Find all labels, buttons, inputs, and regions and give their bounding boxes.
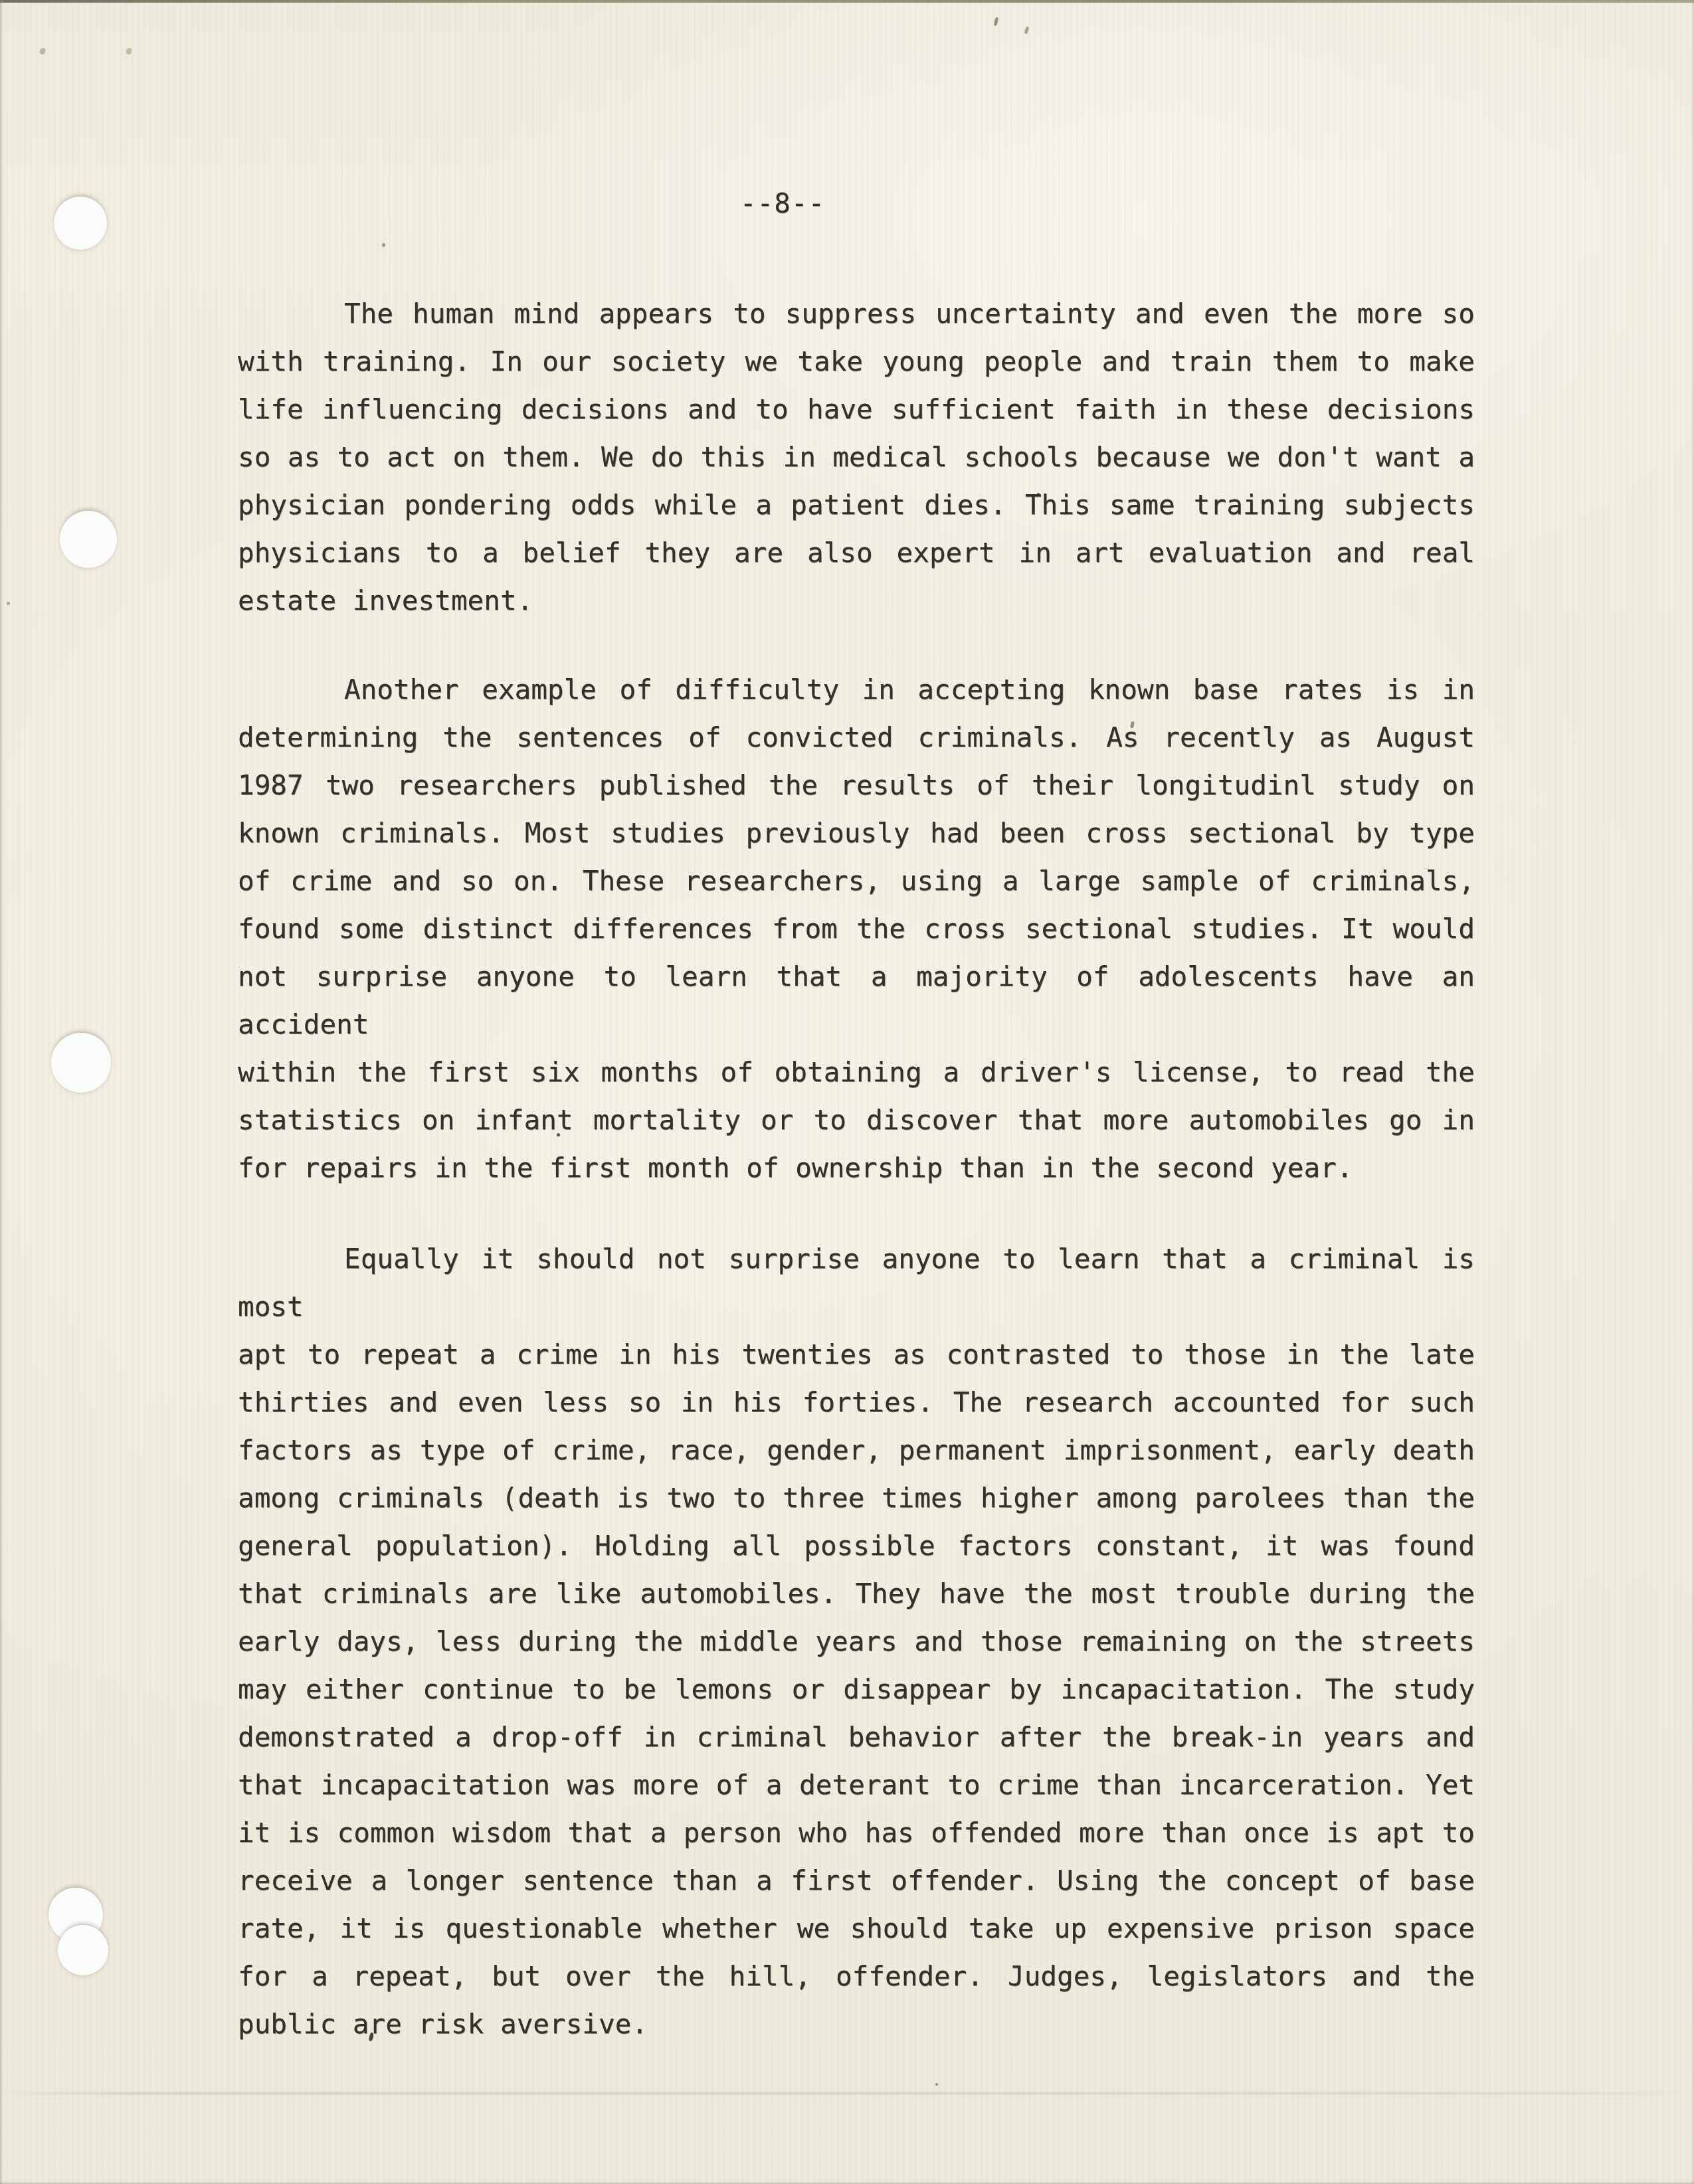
typed-line: determining the sentences of convicted c… (238, 713, 1475, 761)
scanned-page: --8-- The human mind appears to suppress… (0, 0, 1694, 2184)
typed-line: thirties and even less so in his forties… (238, 1378, 1475, 1426)
dust-speck (382, 243, 385, 247)
paragraph-3: Equally it should not surprise anyone to… (238, 1235, 1475, 2048)
typed-line: demonstrated a drop-off in criminal beha… (238, 1713, 1475, 1761)
typed-line: The human mind appears to suppress uncer… (238, 290, 1475, 337)
typed-line: apt to repeat a crime in his twenties as… (238, 1330, 1475, 1378)
page-number: --8-- (238, 187, 1327, 219)
typed-line: Another example of difficulty in accepti… (238, 666, 1475, 713)
scan-top-edge (0, 0, 1694, 3)
typed-line: rate, it is questionable whether we shou… (238, 1904, 1475, 1952)
typed-line: for repairs in the first month of owners… (238, 1144, 1475, 1192)
typed-line: found some distinct differences from the… (238, 905, 1475, 953)
punch-hole-2 (60, 511, 117, 568)
typed-line: of crime and so on. These researchers, u… (238, 857, 1475, 905)
scan-left-edge (0, 0, 4, 2184)
typed-line: among criminals (death is two to three t… (238, 1474, 1475, 1522)
punch-hole-4b (58, 1925, 108, 1975)
dust-speck (1024, 26, 1029, 34)
scan-bottom-edge (0, 2181, 1694, 2184)
typed-line: physicians to a belief they are also exp… (238, 529, 1475, 577)
dust-speck (935, 2083, 938, 2086)
typed-line: 1987 two researchers published the resul… (238, 761, 1475, 809)
typed-line: that criminals are like automobiles. The… (238, 1570, 1475, 1617)
typed-line: it is common wisdom that a person who ha… (238, 1809, 1475, 1857)
typed-line: for a repeat, but over the hill, offende… (238, 1952, 1475, 2000)
paragraph-1: The human mind appears to suppress uncer… (238, 290, 1475, 624)
typed-line: general population). Holding all possibl… (238, 1522, 1475, 1570)
typed-line: known criminals. Most studies previously… (238, 809, 1475, 857)
dust-speck (7, 602, 10, 605)
dust-speck (994, 17, 999, 27)
typed-line: Equally it should not surprise anyone to… (238, 1235, 1475, 1330)
typed-line: estate investment. (238, 577, 1475, 624)
paragraph-2: Another example of difficulty in accepti… (238, 666, 1475, 1192)
typed-line: with training. In our society we take yo… (238, 337, 1475, 385)
typed-line: that incapacitation was more of a detera… (238, 1761, 1475, 1809)
typed-line: so as to act on them. We do this in medi… (238, 433, 1475, 481)
typed-line: public are risk aversive. (238, 2000, 1475, 2048)
punch-hole-3 (51, 1033, 111, 1093)
typed-line: receive a longer sentence than a first o… (238, 1857, 1475, 1904)
typed-line: statistics on infant mortality or to dis… (238, 1096, 1475, 1144)
typed-line: within the first six months of obtaining… (238, 1048, 1475, 1096)
dust-speck (39, 47, 47, 55)
typed-line: physician pondering odds while a patient… (238, 481, 1475, 529)
typed-line: early days, less during the middle years… (238, 1617, 1475, 1665)
scan-right-edge (1691, 0, 1694, 2184)
punch-hole-1 (54, 197, 107, 250)
typed-body: The human mind appears to suppress uncer… (238, 290, 1475, 2048)
paper-crease (0, 2092, 1694, 2094)
dust-speck (126, 47, 132, 55)
typed-line: factors as type of crime, race, gender, … (238, 1426, 1475, 1474)
typed-line: life influencing decisions and to have s… (238, 385, 1475, 433)
typed-line: may either continue to be lemons or disa… (238, 1665, 1475, 1713)
typed-line: not surprise anyone to learn that a majo… (238, 953, 1475, 1048)
